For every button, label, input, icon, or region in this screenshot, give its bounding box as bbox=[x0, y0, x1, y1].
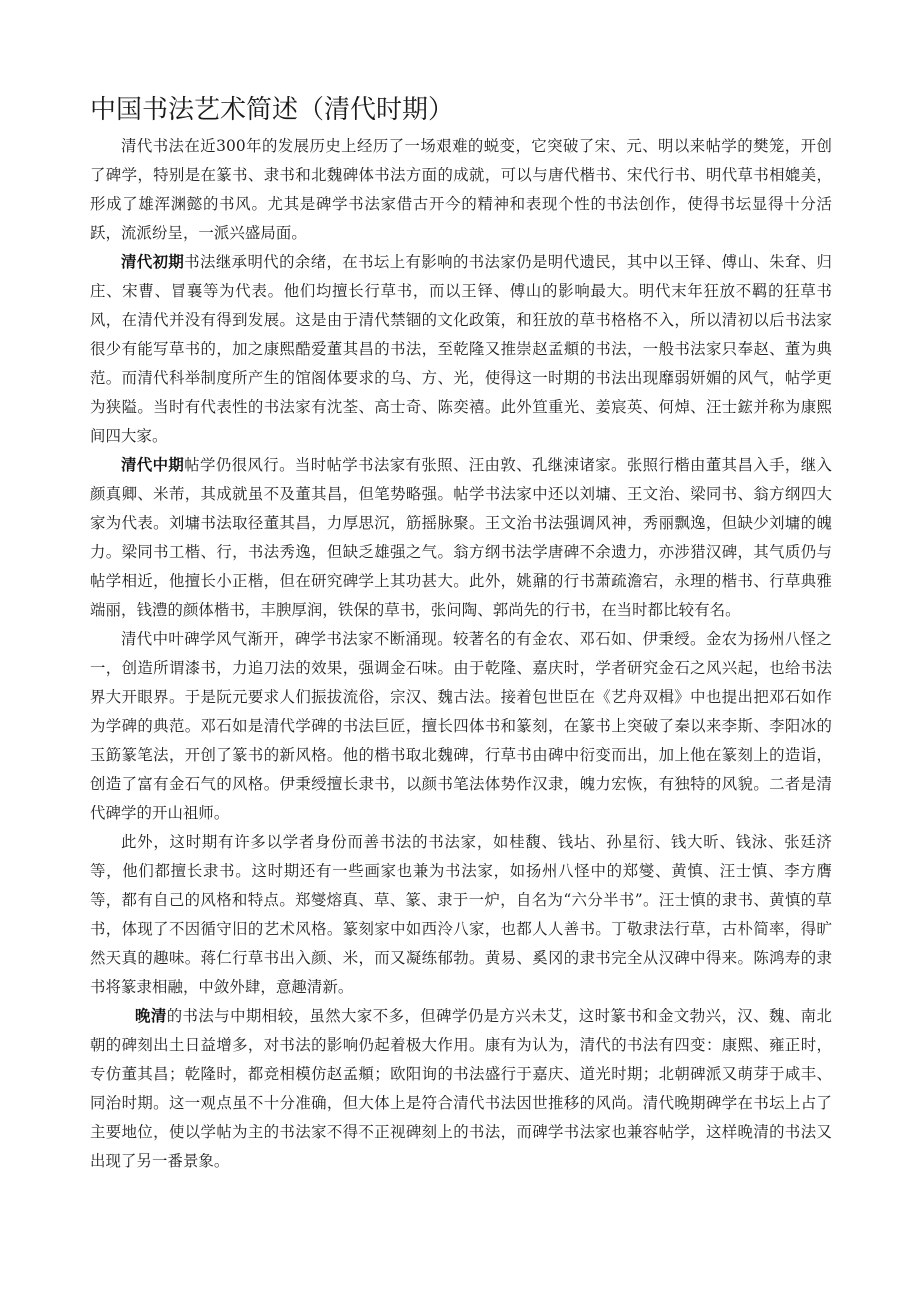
paragraph-lead: 清代中期 bbox=[121, 456, 184, 474]
document-page: 中国书法艺术简述（清代时期） 清代书法在近300年的发展历史上经历了一场艰难的蜕… bbox=[90, 92, 832, 1176]
paragraph-late-qing: 晚清的书法与中期相较，虽然大家不多，但碑学仍是方兴未艾，这时篆书和金文勃兴，汉、… bbox=[90, 1002, 832, 1176]
paragraph-scholar-calligraphers: 此外，这时期有许多以学者身份而善书法的书法家，如桂馥、钱坫、孙星衍、钱大昕、钱泳… bbox=[90, 828, 832, 1002]
paragraph-text: 此外，这时期有许多以学者身份而善书法的书法家，如桂馥、钱坫、孙星衍、钱大昕、钱泳… bbox=[90, 833, 832, 996]
paragraph-intro: 清代书法在近300年的发展历史上经历了一场艰难的蜕变，它突破了宋、元、明以来帖学… bbox=[90, 132, 832, 248]
paragraph-text: 书法继承明代的余绪，在书坛上有影响的书法家仍是明代遗民，其中以王铎、傅山、朱耷、… bbox=[90, 253, 832, 445]
paragraph-lead: 晚清 bbox=[135, 1007, 167, 1025]
paragraph-lead: 清代初期 bbox=[121, 253, 184, 271]
paragraph-text: 帖学仍很风行。当时帖学书法家有张照、汪由敦、孔继涑诸家。张照行楷由董其昌入手，继… bbox=[90, 456, 832, 619]
paragraph-text: 的书法与中期相较，虽然大家不多，但碑学仍是方兴未艾，这时篆书和金文勃兴，汉、魏、… bbox=[90, 1007, 832, 1170]
paragraph-text: 清代中叶碑学风气渐开，碑学书法家不断涌现。较著名的有金农、邓石如、伊秉绶。金农为… bbox=[90, 630, 832, 822]
paragraph-text: 清代书法在近300年的发展历史上经历了一场艰难的蜕变，它突破了宋、元、明以来帖学… bbox=[90, 137, 832, 242]
document-title: 中国书法艺术简述（清代时期） bbox=[90, 92, 832, 128]
paragraph-early-qing: 清代初期书法继承明代的余绪，在书坛上有影响的书法家仍是明代遗民，其中以王铎、傅山… bbox=[90, 248, 832, 451]
paragraph-stele-school: 清代中叶碑学风气渐开，碑学书法家不断涌现。较著名的有金农、邓石如、伊秉绶。金农为… bbox=[90, 625, 832, 828]
paragraph-mid-qing: 清代中期帖学仍很风行。当时帖学书法家有张照、汪由敦、孔继涑诸家。张照行楷由董其昌… bbox=[90, 451, 832, 625]
